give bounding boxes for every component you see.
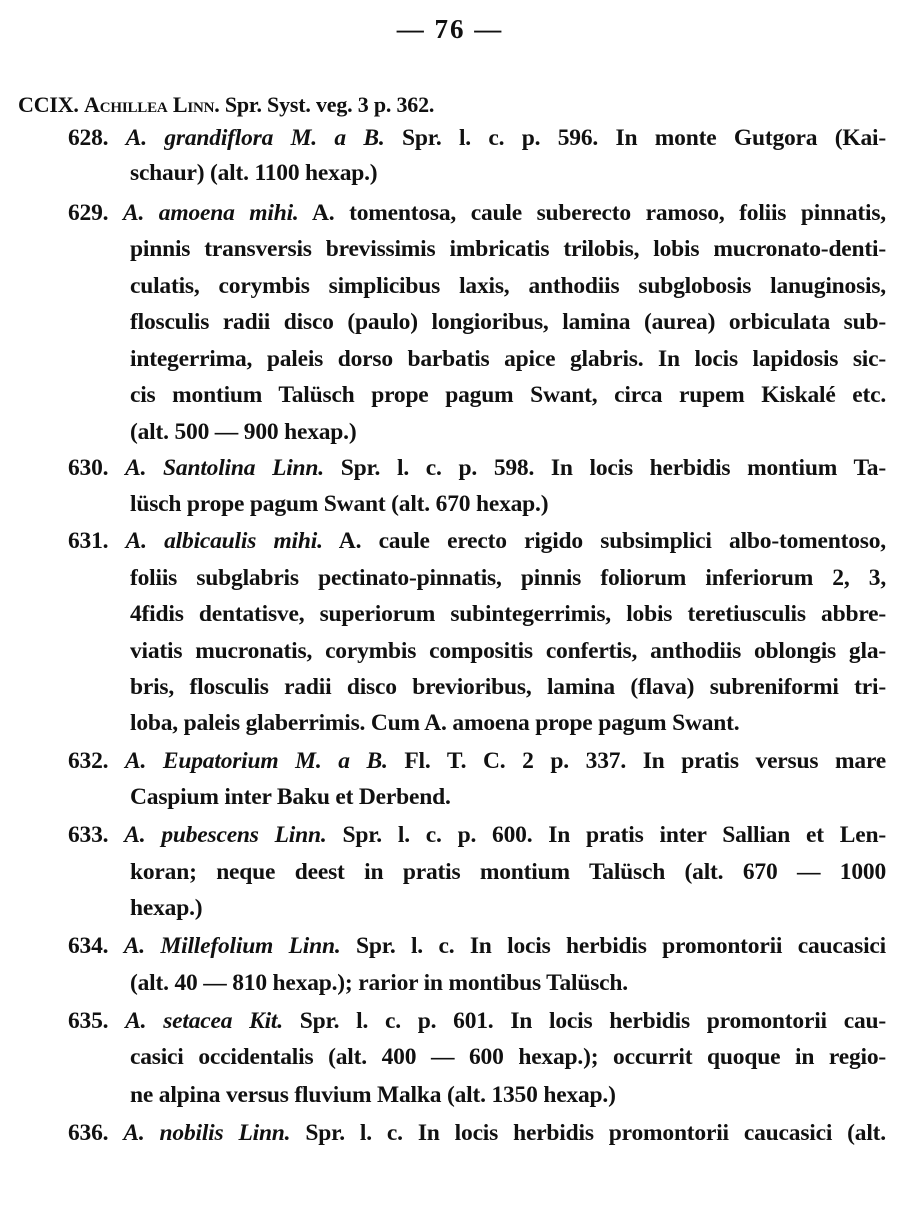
entry-text: lüsch prope pagum Swant (alt. 670 hexap.… bbox=[130, 491, 548, 517]
entry-text: Spr. l. c. p. 596. In monte Gutgora (Kai… bbox=[385, 125, 886, 151]
entry-text: ne alpina versus fluvium Malka (alt. 135… bbox=[130, 1082, 616, 1108]
entry-first-line: 635. A. setacea Kit. Spr. l. c. p. 601. … bbox=[68, 1006, 886, 1036]
entry-number: 629. bbox=[68, 200, 123, 226]
entry-continuation-line: integerrima, paleis dorso barbatis apice… bbox=[130, 344, 886, 374]
entry-text: casici occidentalis (alt. 400 — 600 hexa… bbox=[130, 1044, 886, 1070]
species-name: A. amoena mihi. bbox=[123, 200, 299, 226]
entry-text: flosculis radii disco (paulo) longioribu… bbox=[130, 309, 886, 335]
heading-roman: CCIX. bbox=[18, 92, 79, 117]
entry-continuation-line: lüsch prope pagum Swant (alt. 670 hexap.… bbox=[130, 489, 886, 519]
entry-text: culatis, corymbis simplicibus laxis, ant… bbox=[130, 273, 886, 299]
entry-text: foliis subglabris pectinato-pinnatis, pi… bbox=[130, 565, 886, 591]
species-name: A. setacea Kit. bbox=[125, 1008, 283, 1034]
species-name: A. Millefolium Linn. bbox=[124, 933, 341, 959]
entry-continuation-line: pinnis transversis brevissimis imbricati… bbox=[130, 234, 886, 264]
entry-first-line: 634. A. Millefolium Linn. Spr. l. c. In … bbox=[68, 931, 886, 961]
entry-first-line: 631. A. albicaulis mihi. A. caule erecto… bbox=[68, 526, 886, 556]
entry-text: A. caule erecto rigido subsimplici albo-… bbox=[323, 528, 886, 554]
species-name: A. nobilis Linn. bbox=[123, 1120, 290, 1146]
entry-text: Caspium inter Baku et Derbend. bbox=[130, 784, 451, 810]
entry-first-line: 628. A. grandiflora M. a B. Spr. l. c. p… bbox=[68, 123, 886, 153]
section-heading: CCIX. Achillea Linn. Spr. Syst. veg. 3 p… bbox=[18, 90, 434, 120]
entry-continuation-line: bris, flosculis radii disco brevioribus,… bbox=[130, 672, 886, 702]
entry-continuation-line: koran; neque deest in pratis montium Tal… bbox=[130, 857, 886, 887]
species-name: A. Santolina Linn. bbox=[125, 455, 324, 481]
species-name: A. Eupatorium M. a B. bbox=[125, 748, 388, 774]
entry-text: (alt. 40 — 810 hexap.); rarior in montib… bbox=[130, 970, 628, 996]
entry-text: Spr. l. c. p. 601. In locis herbidis pro… bbox=[283, 1008, 886, 1034]
document-page: — 76 — CCIX. Achillea Linn. Spr. Syst. v… bbox=[0, 0, 900, 1219]
heading-genus: Achillea bbox=[84, 92, 167, 117]
entry-continuation-line: hexap.) bbox=[130, 893, 886, 923]
species-name: A. grandiflora M. a B. bbox=[126, 125, 385, 151]
entry-text: (alt. 500 — 900 hexap.) bbox=[130, 419, 356, 445]
entry-continuation-line: schaur) (alt. 1100 hexap.) bbox=[130, 158, 886, 188]
entry-number: 628. bbox=[68, 125, 126, 151]
entry-continuation-line: cis montium Talüsch prope pagum Swant, c… bbox=[130, 380, 886, 410]
entry-number: 634. bbox=[68, 933, 124, 959]
entry-continuation-line: foliis subglabris pectinato-pinnatis, pi… bbox=[130, 563, 886, 593]
entry-text: pinnis transversis brevissimis imbricati… bbox=[130, 236, 886, 262]
entry-continuation-line: ne alpina versus fluvium Malka (alt. 135… bbox=[130, 1080, 886, 1110]
entry-continuation-line: (alt. 500 — 900 hexap.) bbox=[130, 417, 886, 447]
entry-text: koran; neque deest in pratis montium Tal… bbox=[130, 859, 886, 885]
species-name: A. pubescens Linn. bbox=[124, 822, 326, 848]
entry-text: cis montium Talüsch prope pagum Swant, c… bbox=[130, 382, 886, 408]
entry-continuation-line: flosculis radii disco (paulo) longioribu… bbox=[130, 307, 886, 337]
entry-first-line: 630. A. Santolina Linn. Spr. l. c. p. 59… bbox=[68, 453, 886, 483]
entry-number: 635. bbox=[68, 1008, 125, 1034]
entry-first-line: 632. A. Eupatorium M. a B. Fl. T. C. 2 p… bbox=[68, 746, 886, 776]
entry-continuation-line: viatis mucronatis, corymbis compositis c… bbox=[130, 636, 886, 666]
entry-first-line: 629. A. amoena mihi. A. tomentosa, caule… bbox=[68, 198, 886, 228]
entry-continuation-line: (alt. 40 — 810 hexap.); rarior in montib… bbox=[130, 968, 886, 998]
entry-text: hexap.) bbox=[130, 895, 202, 921]
entry-continuation-line: 4fidis dentatisve, superiorum subinteger… bbox=[130, 599, 886, 629]
entry-first-line: 633. A. pubescens Linn. Spr. l. c. p. 60… bbox=[68, 820, 886, 850]
entry-first-line: 636. A. nobilis Linn. Spr. l. c. In loci… bbox=[68, 1118, 886, 1148]
entry-text: schaur) (alt. 1100 hexap.) bbox=[130, 160, 377, 186]
entry-text: 4fidis dentatisve, superiorum subinteger… bbox=[130, 601, 886, 627]
entry-number: 633. bbox=[68, 822, 124, 848]
entry-number: 632. bbox=[68, 748, 125, 774]
entry-text: viatis mucronatis, corymbis compositis c… bbox=[130, 638, 886, 664]
entry-number: 630. bbox=[68, 455, 125, 481]
entry-continuation-line: Caspium inter Baku et Derbend. bbox=[130, 782, 886, 812]
heading-ref: Spr. Syst. veg. 3 p. 362. bbox=[225, 92, 434, 117]
entry-text: Spr. l. c. In locis herbidis promontorii… bbox=[341, 933, 886, 959]
entry-continuation-line: loba, paleis glaberrimis. Cum A. amoena … bbox=[130, 708, 886, 738]
species-name: A. albicaulis mihi. bbox=[126, 528, 323, 554]
entry-number: 636. bbox=[68, 1120, 123, 1146]
entry-text: Fl. T. C. 2 p. 337. In pratis versus mar… bbox=[388, 748, 886, 774]
entry-number: 631. bbox=[68, 528, 126, 554]
entry-text: Spr. l. c. p. 600. In pratis inter Salli… bbox=[327, 822, 886, 848]
entry-text: A. tomentosa, caule suberecto ramoso, fo… bbox=[299, 200, 886, 226]
entry-text: bris, flosculis radii disco brevioribus,… bbox=[130, 674, 886, 700]
entry-continuation-line: casici occidentalis (alt. 400 — 600 hexa… bbox=[130, 1042, 886, 1072]
page-number: — 76 — bbox=[0, 14, 900, 45]
entry-text: Spr. l. c. p. 598. In locis herbidis mon… bbox=[324, 455, 886, 481]
heading-author: Linn. bbox=[173, 92, 220, 117]
entry-text: loba, paleis glaberrimis. Cum A. amoena … bbox=[130, 710, 739, 736]
entry-text: Spr. l. c. In locis herbidis promontorii… bbox=[290, 1120, 886, 1146]
entry-text: integerrima, paleis dorso barbatis apice… bbox=[130, 346, 886, 372]
entry-continuation-line: culatis, corymbis simplicibus laxis, ant… bbox=[130, 271, 886, 301]
